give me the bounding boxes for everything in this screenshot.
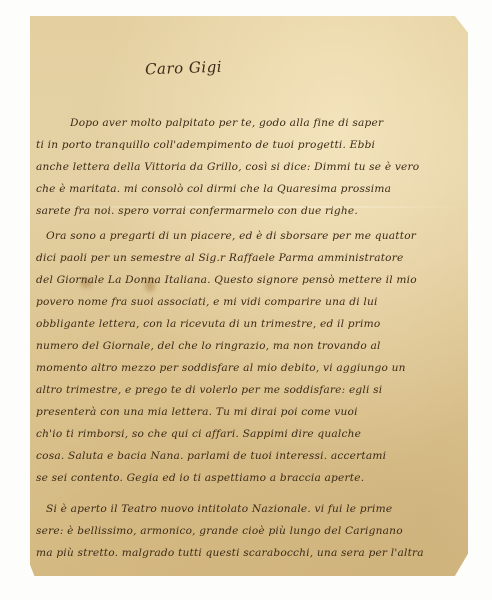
text-line: che è maritata. mi consolò col dirmi che…: [36, 182, 460, 196]
text-line: ti in porto tranquillo coll'adempimento …: [36, 138, 460, 152]
text-line: Si è aperto il Teatro nuovo intitolato N…: [46, 502, 470, 516]
text-line: ma più stretto. malgrado tutti questi sc…: [36, 546, 460, 560]
text-line: ch'io ti rimborsi, so che qui ci affari.…: [36, 427, 460, 441]
salutation: Caro Gigi: [145, 58, 223, 79]
text-line: anche lettera della Vittoria da Grillo, …: [36, 160, 460, 174]
text-line: presenterà con una mia lettera. Tu mi di…: [36, 405, 460, 419]
text-line: Ora sono a pregarti di un piacere, ed è …: [46, 229, 470, 243]
text-line: povero nome fra suoi associati, e mi vid…: [36, 295, 460, 309]
text-line: se sei contento. Gegia ed io ti aspettia…: [36, 471, 460, 485]
letter-text: Caro Gigi Dopo aver molto palpitato per …: [30, 16, 468, 576]
text-line: dici paoli per un semestre al Sig.r Raff…: [36, 251, 460, 265]
text-line: obbligante lettera, con la ricevuta di u…: [36, 317, 460, 331]
letter-paper: Caro Gigi Dopo aver molto palpitato per …: [30, 16, 468, 576]
text-line: altro trimestre, e prego te di volerlo p…: [36, 383, 460, 397]
text-line: sere: è bellissimo, armonico, grande cio…: [36, 524, 460, 538]
text-line: numero del Giornale, del che lo ringrazi…: [36, 339, 460, 353]
text-line: cosa. Saluta e bacia Nana. parlami de tu…: [36, 449, 460, 463]
text-line: del Giornale La Donna Italiana. Questo s…: [36, 273, 460, 287]
text-line: Dopo aver molto palpitato per te, godo a…: [70, 116, 460, 130]
text-line: momento altro mezzo per soddisfare al mi…: [36, 361, 460, 375]
text-line: sarete fra noi. spero vorrai confermarme…: [36, 204, 460, 218]
